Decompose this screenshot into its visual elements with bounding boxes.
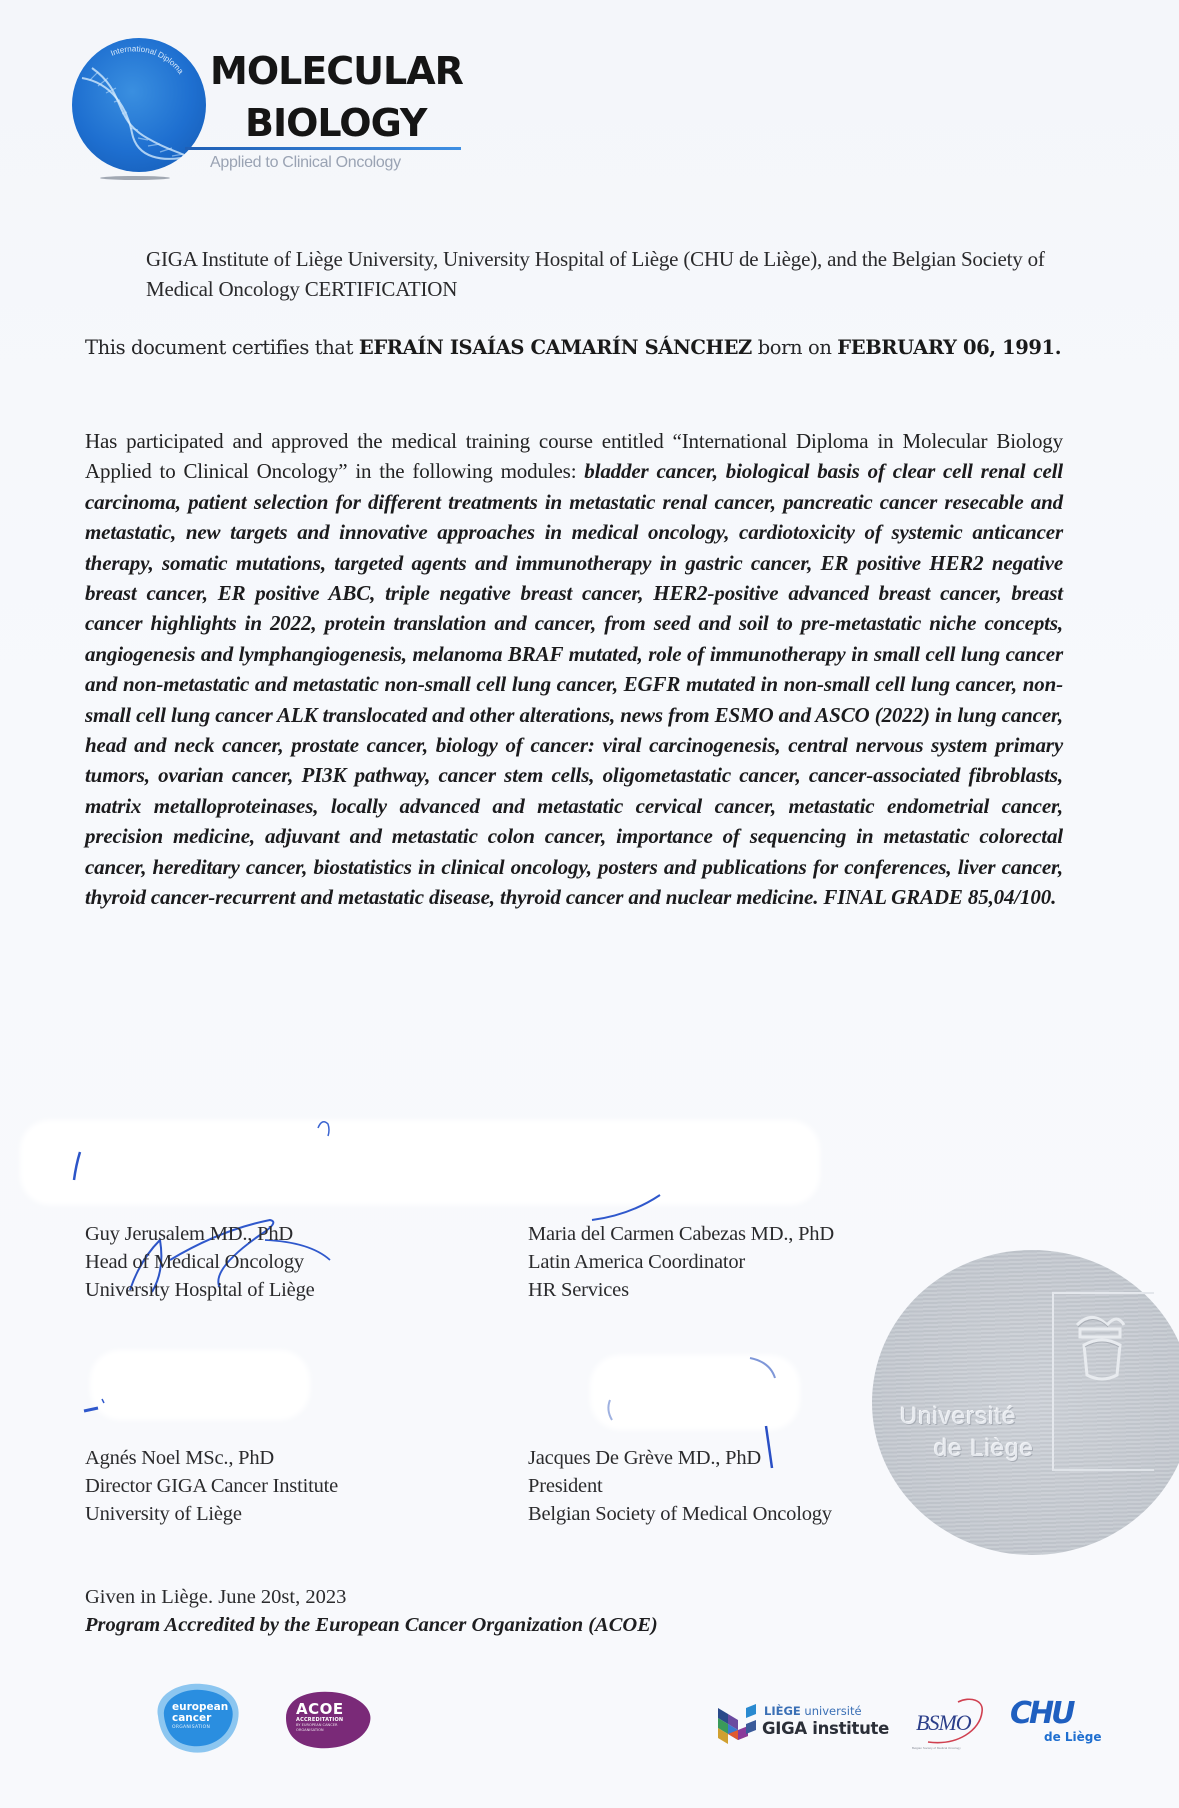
- final-grade-value: 85,04/100.: [968, 885, 1056, 909]
- signatory-degreve: Jacques De Grève MD., PhD President Belg…: [528, 1444, 832, 1528]
- signatory-org: University of Liège: [85, 1500, 338, 1528]
- logo-title-molecular: MOLECULAR: [210, 52, 463, 90]
- module-list: bladder cancer, biological basis of clea…: [85, 459, 1063, 909]
- final-grade-label: FINAL GRADE: [823, 885, 962, 909]
- issuing-institutions: GIGA Institute of Liège University, Univ…: [146, 244, 1076, 304]
- giga-universite-text: université: [801, 1704, 862, 1718]
- molecular-biology-logo: International Diploma MOLECULAR BIOLOGY …: [70, 36, 470, 186]
- birth-date: FEBRUARY 06, 1991.: [837, 336, 1061, 359]
- issue-place-date: Given in Liège. June 20st, 2023: [85, 1583, 346, 1611]
- logo-title-biology: BIOLOGY: [245, 104, 426, 142]
- redacted-signature-area: [20, 1120, 820, 1205]
- eco-text-line3: ORGANISATION: [172, 1724, 228, 1731]
- bsmo-tagline: Belgian Society of Medical Oncology: [912, 1746, 961, 1750]
- giga-institute-text: GIGA institute: [762, 1719, 889, 1738]
- acoe-text-line1: ACOE: [296, 1702, 344, 1717]
- signatory-name: Guy Jerusalem MD., PhD: [85, 1220, 315, 1248]
- signatory-org: HR Services: [528, 1276, 834, 1304]
- logo-shadow: [100, 176, 170, 180]
- giga-top-text: LIÈGE université: [764, 1704, 862, 1718]
- giga-liege-text: LIÈGE: [764, 1704, 801, 1718]
- redacted-signature-area: [590, 1355, 800, 1430]
- eco-text-line2: cancer: [172, 1712, 211, 1724]
- chu-sub-text: de Liège: [1044, 1730, 1102, 1744]
- svg-text:International Diploma: International Diploma: [109, 44, 185, 76]
- crown-crest-icon: [1062, 1305, 1142, 1405]
- chu-de-liege-logo: CHU de Liège: [1006, 1696, 1116, 1750]
- signatory-title: Latin America Coordinator: [528, 1248, 834, 1276]
- giga-mosaic-icon: [716, 1702, 760, 1746]
- certification-statement: This document certifies that EFRAÍN ISAÍ…: [85, 331, 1063, 364]
- accreditation-statement: Program Accredited by the European Cance…: [85, 1611, 658, 1639]
- chu-text: CHU: [1010, 1696, 1072, 1731]
- seal-text-line1: Université: [900, 1403, 1017, 1431]
- logo-underline: [185, 147, 461, 150]
- signatory-cabezas: Maria del Carmen Cabezas MD., PhD Latin …: [528, 1220, 834, 1304]
- acoe-accreditation-logo: ACOE ACCREDITATION BY EUROPEAN CANCER OR…: [282, 1688, 374, 1752]
- logo-subtitle: Applied to Clinical Oncology: [210, 154, 401, 172]
- bsmo-logo: BSMO Belgian Society of Medical Oncology: [908, 1690, 998, 1754]
- eco-text: european cancer ORGANISATION: [172, 1702, 228, 1731]
- acoe-text-line4: ORGANISATION: [296, 1728, 344, 1733]
- redacted-signature-area: [90, 1350, 310, 1420]
- signatory-name: Jacques De Grève MD., PhD: [528, 1444, 832, 1472]
- liege-giga-institute-logo: LIÈGE université GIGA institute: [716, 1702, 896, 1746]
- acoe-text: ACOE ACCREDITATION BY EUROPEAN CANCER OR…: [296, 1702, 344, 1732]
- university-embossed-seal: Université de Liège: [872, 1250, 1179, 1555]
- signatory-noel: Agnés Noel MSc., PhD Director GIGA Cance…: [85, 1444, 338, 1528]
- signatory-title: President: [528, 1472, 832, 1500]
- signatory-name: Maria del Carmen Cabezas MD., PhD: [528, 1220, 834, 1248]
- recipient-name: EFRAÍN ISAÍAS CAMARÍN SÁNCHEZ: [359, 336, 752, 359]
- seal-text-line2: de Liège: [934, 1435, 1034, 1463]
- european-cancer-organisation-logo: european cancer ORGANISATION: [150, 1678, 244, 1758]
- signatory-org: University Hospital of Liège: [85, 1276, 315, 1304]
- bsmo-text: BSMO: [916, 1710, 971, 1736]
- dna-globe-icon: International Diploma: [72, 38, 206, 172]
- course-description: Has participated and approved the medica…: [85, 426, 1063, 913]
- signatory-org: Belgian Society of Medical Oncology: [528, 1500, 832, 1528]
- signatory-jerusalem: Guy Jerusalem MD., PhD Head of Medical O…: [85, 1220, 315, 1304]
- certifies-intro: This document certifies that: [85, 336, 359, 359]
- signatory-name: Agnés Noel MSc., PhD: [85, 1444, 338, 1472]
- signatory-title: Director GIGA Cancer Institute: [85, 1472, 338, 1500]
- signatory-title: Head of Medical Oncology: [85, 1248, 315, 1276]
- born-on-label: born on: [752, 336, 837, 359]
